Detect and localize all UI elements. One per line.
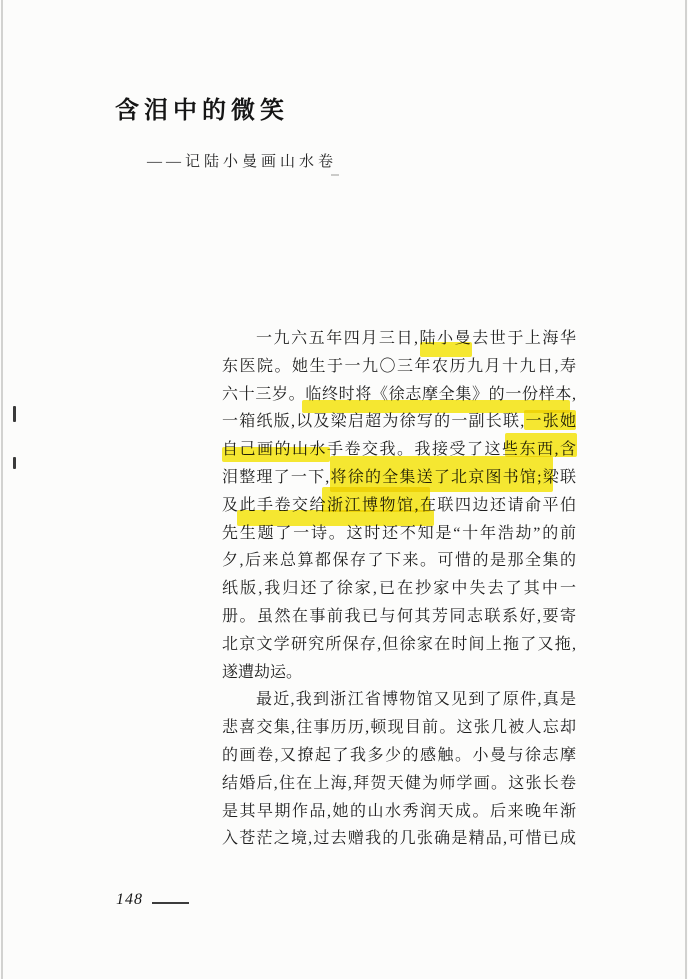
text-line: 最近,我到浙江省博物馆又见到了原件,真是 [222, 686, 576, 714]
page-number: 148 [116, 891, 143, 908]
text-line: 泪整理了一下,将徐的全集送了北京图书馆;梁联 [222, 464, 576, 492]
body-text-block: 一九六五年四月三日,陆小曼去世于上海华东医院。她生于一九〇三年农历九月十九日,寿… [222, 325, 576, 853]
text-line: 及此手卷交给浙江博物馆,在联四边还请俞平伯 [222, 492, 576, 520]
text-line: 是其早期作品,她的山水秀润天成。后来晚年渐 [222, 798, 576, 826]
text-line: 先生题了一诗。这时还不知是“十年浩劫”的前 [222, 520, 576, 548]
text-line: 纸版,我归还了徐家,已在抄家中失去了其中一 [222, 575, 576, 603]
text-line: 结婚后,住在上海,拜贺天健为师学画。这张长卷 [222, 770, 576, 798]
article-subtitle: ——记陆小曼画山水卷 [147, 150, 337, 171]
text-line: 东医院。她生于一九〇三年农历九月十九日,寿 [222, 353, 576, 381]
page-left-edge-shadow [1, 0, 3, 979]
text-line: 一九六五年四月三日,陆小曼去世于上海华 [222, 325, 576, 353]
text-line: 六十三岁。临终时将《徐志摩全集》的一份样本, [222, 381, 576, 409]
scanned-book-page: { "page": { "title": "含泪中的微笑", "subtitle… [0, 0, 688, 979]
scan-speck [331, 174, 339, 176]
text-line: 一箱纸版,以及梁启超为徐写的一副长联,一张她 [222, 408, 576, 436]
text-line: 悲喜交集,往事历历,顿现目前。这张几被人忘却 [222, 714, 576, 742]
text-line: 自己画的山水手卷交我。我接受了这些东西,含 [222, 436, 576, 464]
page-right-edge-shadow [685, 0, 687, 979]
margin-tick-mark [13, 406, 16, 422]
footer-dash [152, 902, 189, 904]
page-footer: 148 [116, 891, 143, 909]
text-line: 夕,后来总算都保存了下来。可惜的是那全集的 [222, 547, 576, 575]
article-title: 含泪中的微笑 [115, 90, 289, 125]
text-line: 北京文学研究所保存,但徐家在时间上拖了又拖, [222, 631, 576, 659]
text-line: 遂遭劫运。 [222, 659, 576, 687]
text-line: 册。虽然在事前我已与何其芳同志联系好,要寄 [222, 603, 576, 631]
margin-tick-mark [13, 457, 16, 469]
text-line: 入苍茫之境,过去赠我的几张确是精品,可惜已成 [222, 825, 576, 853]
text-line: 的画卷,又撩起了我多少的感触。小曼与徐志摩 [222, 742, 576, 770]
